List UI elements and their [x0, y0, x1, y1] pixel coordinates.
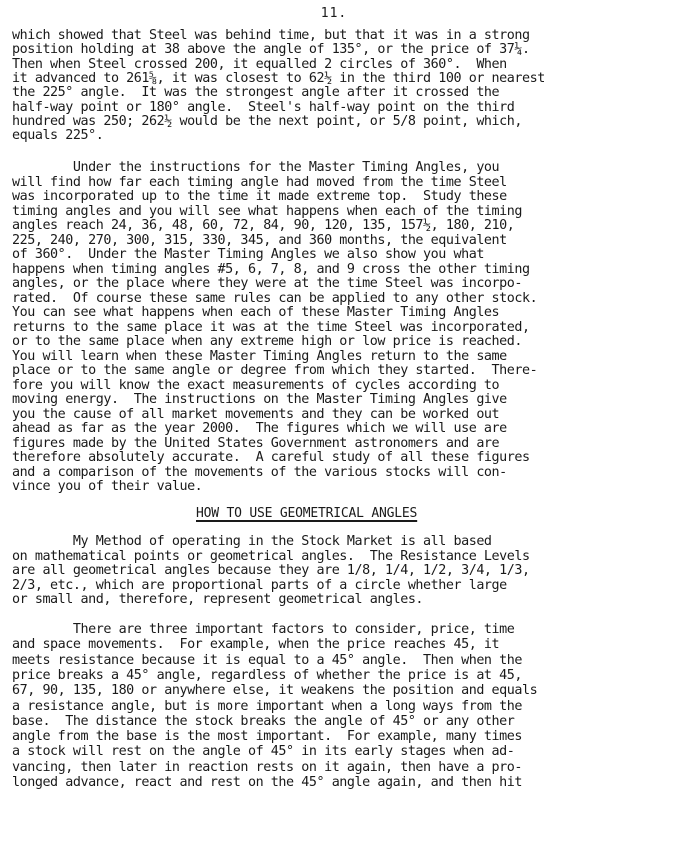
text-line: There are three important factors to con…: [12, 622, 514, 638]
text-line: price breaks a 45° angle, regardless of …: [12, 668, 522, 684]
text-line: a stock will rest on the angle of 45° in…: [12, 744, 514, 760]
text-line: 67, 90, 135, 180 or anywhere else, it we…: [12, 683, 537, 699]
text-line: a resistance angle, but is more importan…: [12, 699, 522, 715]
text-line: angle from the base is the most importan…: [12, 729, 522, 745]
page-number: 11.: [0, 6, 668, 21]
text-line: and space movements. For example, when t…: [12, 637, 499, 653]
document-page: 11. which showed that Steel was behind t…: [0, 0, 680, 850]
text-line: vince you of their value.: [12, 479, 202, 495]
text-line: longed advance, react and rest on the 45…: [12, 775, 522, 791]
text-line: equals 225°.: [12, 128, 103, 144]
text-line: vancing, then later in reaction rests on…: [12, 760, 522, 776]
text-line: meets resistance because it is equal to …: [12, 653, 522, 669]
text-line: base. The distance the stock breaks the …: [12, 714, 514, 730]
text-line: or small and, therefore, represent geome…: [12, 592, 423, 608]
section-heading: HOW TO USE GEOMETRICAL ANGLES: [196, 506, 417, 521]
